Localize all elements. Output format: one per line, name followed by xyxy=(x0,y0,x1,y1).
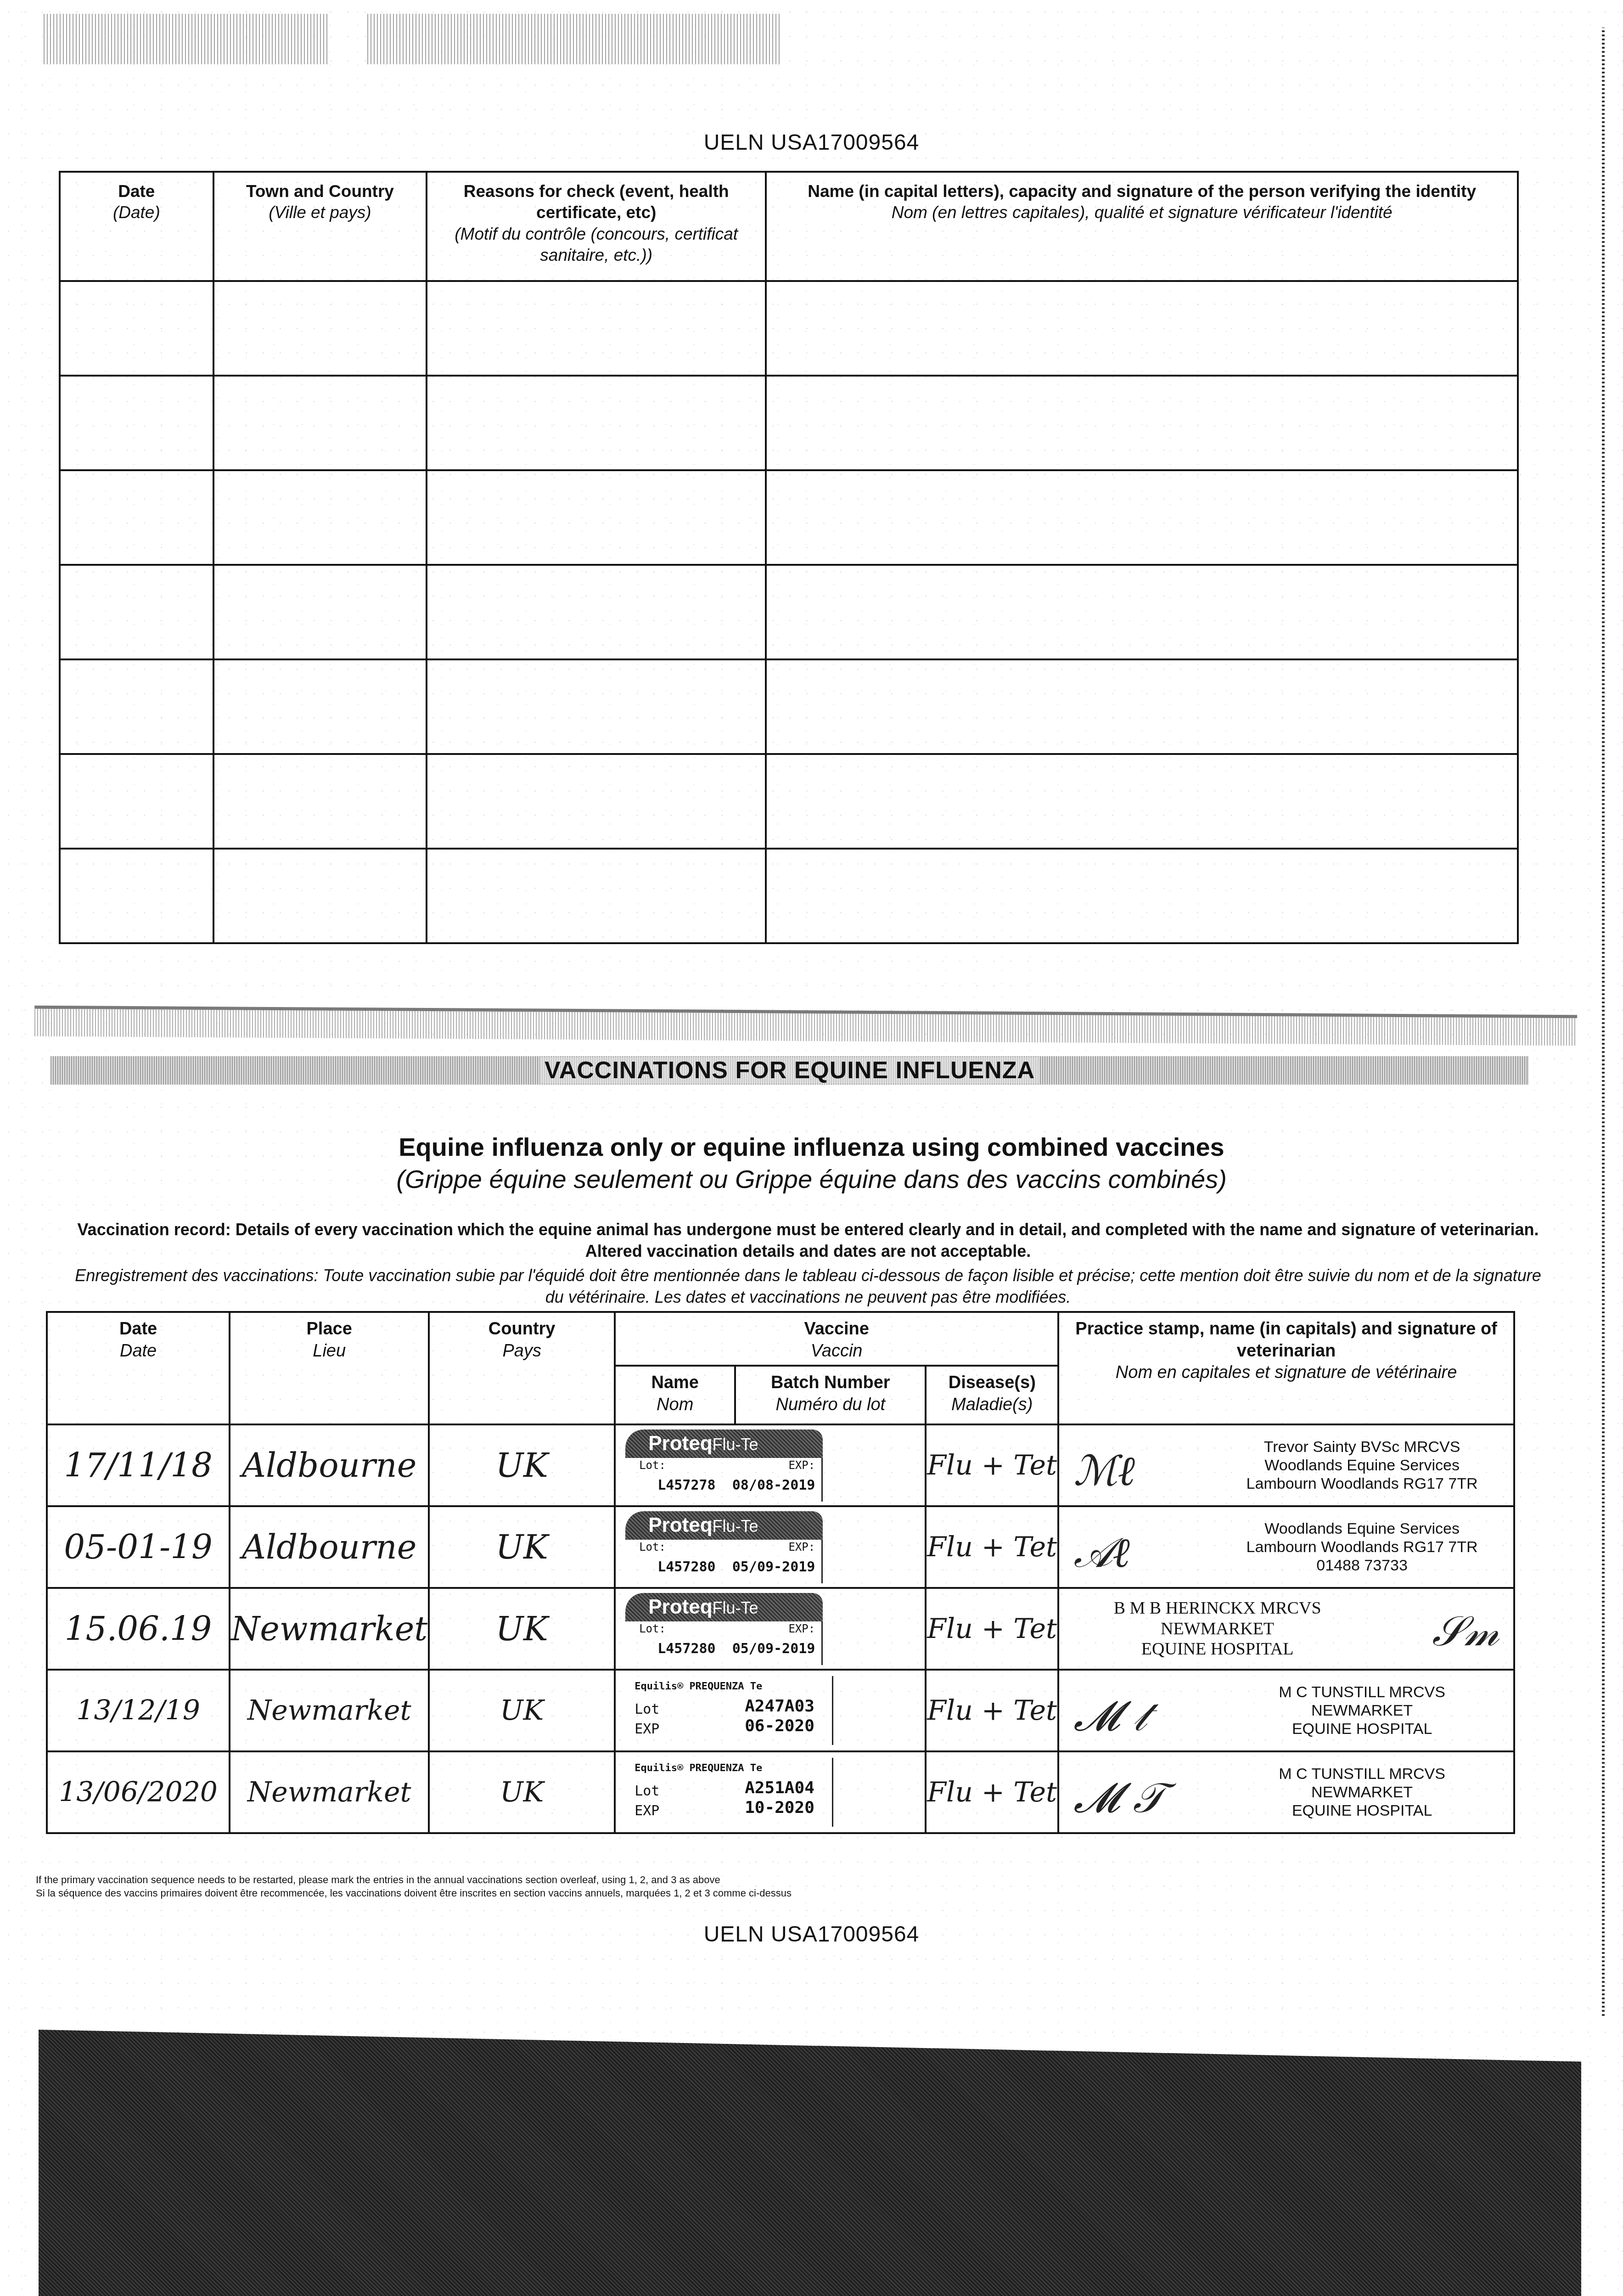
place-value: Aldbourne xyxy=(231,1528,427,1566)
scanner-background xyxy=(39,2030,1581,2296)
vaccination-record-note-en: Vaccination record: Details of every vac… xyxy=(64,1219,1552,1262)
cell xyxy=(427,754,766,849)
cell xyxy=(427,565,766,659)
country-value: UK xyxy=(430,1446,613,1485)
disease-value: Flu + Tet xyxy=(927,1613,1057,1645)
signature-icon: ℳℓ xyxy=(1073,1447,1135,1496)
col-reason: Reasons for check (event, health certifi… xyxy=(427,172,766,281)
date-value: 15.06.19 xyxy=(48,1609,228,1648)
exp-value: 06-2020 xyxy=(745,1716,814,1735)
cell xyxy=(766,376,1518,470)
col-country: CountryPays xyxy=(429,1312,615,1424)
exp-value: 10-2020 xyxy=(745,1798,814,1817)
exp-label: EXP xyxy=(635,1803,659,1819)
section-title: VACCINATIONS FOR EQUINE INFLUENZA xyxy=(540,1057,1039,1084)
disease-value: Flu + Tet xyxy=(927,1694,1057,1727)
vaccine-label-cell: Equilis® PREQUENZA Te Lot EXP A251A04 10… xyxy=(615,1751,926,1833)
vaccine-brand: Equilis® PREQUENZA Te xyxy=(635,1762,762,1774)
signature-icon: 𝓜 𝓉 xyxy=(1073,1692,1147,1741)
col-verifier: Name (in capital letters), capacity and … xyxy=(766,172,1518,281)
disease-cell: Flu + Tet xyxy=(926,1751,1058,1833)
col-practice-stamp: Practice stamp, name (in capitals) and s… xyxy=(1058,1312,1514,1424)
vaccine-sticker: Equilis® PREQUENZA Te Lot EXP A247A03 06… xyxy=(630,1676,833,1745)
place-cell: Newmarket xyxy=(230,1588,429,1670)
scan-artifact xyxy=(44,14,328,64)
stamp-cell: ℳℓ Trevor Sainty BVSc MRCVS Woodlands Eq… xyxy=(1058,1424,1514,1506)
country-value: UK xyxy=(430,1694,613,1727)
subtitle-en: Equine influenza only or equine influenz… xyxy=(0,1132,1623,1162)
vaccine-sticker: Equilis® PREQUENZA Te Lot EXP A251A04 10… xyxy=(630,1758,833,1827)
table-row xyxy=(60,754,1518,849)
subtitle-fr: (Grippe équine seulement ou Grippe équin… xyxy=(0,1164,1623,1194)
identity-check-header-row: Date(Date) Town and Country(Ville et pay… xyxy=(60,172,1518,281)
date-cell: 13/12/19 xyxy=(47,1670,230,1751)
disease-value: Flu + Tet xyxy=(927,1531,1057,1563)
cell xyxy=(60,565,213,659)
identity-check-table: Date(Date) Town and Country(Ville et pay… xyxy=(59,171,1519,944)
vaccine-brand: Equilis® PREQUENZA Te xyxy=(635,1681,762,1692)
vaccine-brand: ProteqFlu-Te xyxy=(625,1511,823,1540)
date-cell: 05-01-19 xyxy=(47,1506,230,1588)
cell xyxy=(427,659,766,754)
vaccine-sticker: ProteqFlu-Te Lot: EXP: L457280 05/09-201… xyxy=(625,1593,823,1665)
col-date: Date(Date) xyxy=(60,172,213,281)
practice-stamp: ℳℓ Trevor Sainty BVSc MRCVS Woodlands Eq… xyxy=(1060,1438,1513,1493)
country-value: UK xyxy=(430,1776,613,1808)
lot-value: A247A03 xyxy=(745,1697,814,1716)
place-cell: Aldbourne xyxy=(230,1424,429,1506)
date-cell: 17/11/18 xyxy=(47,1424,230,1506)
country-cell: UK xyxy=(429,1588,615,1670)
vaccine-label-cell: ProteqFlu-Te Lot: EXP: L457280 05/09-201… xyxy=(615,1588,926,1670)
page-edge xyxy=(1602,28,1605,2016)
vaccination-row: 15.06.19 Newmarket UK ProteqFlu-Te Lot: … xyxy=(47,1588,1514,1670)
footnote-fr: Si la séquence des vaccins primaires doi… xyxy=(36,1887,792,1900)
lot-label: Lot xyxy=(635,1701,659,1717)
place-value: Newmarket xyxy=(231,1694,427,1727)
cell xyxy=(766,659,1518,754)
stamp-cell: 𝓜 𝒯 M C TUNSTILL MRCVS NEWMARKET EQUINE … xyxy=(1058,1751,1514,1833)
vaccine-sticker: ProteqFlu-Te Lot: EXP: L457278 08/08-201… xyxy=(625,1429,823,1502)
cell xyxy=(60,849,213,943)
stamp-cell: 𝒜ℓ Woodlands Equine Services Lambourn Wo… xyxy=(1058,1506,1514,1588)
section-title-band: VACCINATIONS FOR EQUINE INFLUENZA xyxy=(51,1056,1529,1085)
practice-stamp: 𝒜ℓ Woodlands Equine Services Lambourn Wo… xyxy=(1060,1519,1513,1575)
signature-icon: 𝒜ℓ xyxy=(1073,1529,1130,1577)
cell xyxy=(213,659,427,754)
country-cell: UK xyxy=(429,1506,615,1588)
col-vaccine-name: NameNom xyxy=(615,1366,735,1424)
stamp-cell: 𝓜 𝓉 M C TUNSTILL MRCVS NEWMARKET EQUINE … xyxy=(1058,1670,1514,1751)
lot-exp-values: L457280 05/09-2019 xyxy=(657,1641,815,1657)
disease-cell: Flu + Tet xyxy=(926,1506,1058,1588)
lot-label: Lot xyxy=(635,1783,659,1799)
place-cell: Newmarket xyxy=(230,1751,429,1833)
col-batch-number: Batch NumberNuméro du lot xyxy=(735,1366,926,1424)
signature-icon: 𝓜 𝒯 xyxy=(1073,1774,1164,1823)
ueln-top: UELN USA17009564 xyxy=(0,130,1623,155)
exp-label: EXP xyxy=(635,1721,659,1737)
country-cell: UK xyxy=(429,1424,615,1506)
place-value: Newmarket xyxy=(231,1776,427,1808)
vaccination-row: 13/06/2020 Newmarket UK Equilis® PREQUEN… xyxy=(47,1751,1514,1833)
col-disease: Disease(s)Maladie(s) xyxy=(926,1366,1058,1424)
table-row xyxy=(60,659,1518,754)
ueln-bottom: UELN USA17009564 xyxy=(0,1922,1623,1947)
col-date: DateDate xyxy=(47,1312,230,1424)
vaccine-brand: ProteqFlu-Te xyxy=(625,1593,823,1621)
place-cell: Aldbourne xyxy=(230,1506,429,1588)
place-cell: Newmarket xyxy=(230,1670,429,1751)
lot-label: Lot: xyxy=(639,1541,666,1553)
scan-artifact xyxy=(367,14,781,64)
vaccination-table: DateDate PlaceLieu CountryPays VaccineVa… xyxy=(46,1311,1515,1834)
cell xyxy=(427,849,766,943)
vaccine-label-cell: ProteqFlu-Te Lot: EXP: L457278 08/08-201… xyxy=(615,1424,926,1506)
cell xyxy=(213,376,427,470)
vaccine-brand: ProteqFlu-Te xyxy=(625,1429,823,1458)
table-row xyxy=(60,281,1518,376)
date-value: 13/12/19 xyxy=(48,1694,228,1727)
cell xyxy=(427,376,766,470)
signature-icon: 𝒮𝓂 xyxy=(1432,1607,1499,1656)
lot-label: Lot: xyxy=(639,1622,666,1635)
table-row xyxy=(60,376,1518,470)
vaccine-label-cell: Equilis® PREQUENZA Te Lot EXP A247A03 06… xyxy=(615,1670,926,1751)
cell xyxy=(213,565,427,659)
lot-exp-values: L457280 05/09-2019 xyxy=(657,1559,815,1575)
lot-exp-values: L457278 08/08-2019 xyxy=(657,1477,815,1493)
place-value: Newmarket xyxy=(231,1609,427,1648)
cell xyxy=(213,281,427,376)
vaccine-sticker: ProteqFlu-Te Lot: EXP: L457280 05/09-201… xyxy=(625,1511,823,1583)
exp-label: EXP: xyxy=(788,1622,815,1635)
date-value: 17/11/18 xyxy=(48,1446,228,1485)
cell xyxy=(766,754,1518,849)
practice-stamp: 𝒮𝓂 B M B HERINCKX MRCVS NEWMARKET EQUINE… xyxy=(1060,1598,1513,1660)
table-row xyxy=(60,470,1518,565)
vaccination-record-note-fr: Enregistrement des vaccinations: Toute v… xyxy=(64,1265,1552,1308)
restart-footnote: If the primary vaccination sequence need… xyxy=(36,1874,792,1900)
table-row xyxy=(60,565,1518,659)
cell xyxy=(60,754,213,849)
lot-label: Lot: xyxy=(639,1459,666,1472)
lot-value: A251A04 xyxy=(745,1778,814,1797)
vaccination-header-row: DateDate PlaceLieu CountryPays VaccineVa… xyxy=(47,1312,1514,1366)
cell xyxy=(427,470,766,565)
practice-stamp: 𝓜 𝓉 M C TUNSTILL MRCVS NEWMARKET EQUINE … xyxy=(1060,1683,1513,1738)
cell xyxy=(60,281,213,376)
cell xyxy=(427,281,766,376)
date-cell: 15.06.19 xyxy=(47,1588,230,1670)
table-row xyxy=(60,849,1518,943)
cell xyxy=(766,565,1518,659)
cell xyxy=(60,659,213,754)
cell xyxy=(766,849,1518,943)
cell xyxy=(213,754,427,849)
date-value: 05-01-19 xyxy=(48,1528,228,1566)
practice-stamp: 𝓜 𝒯 M C TUNSTILL MRCVS NEWMARKET EQUINE … xyxy=(1060,1765,1513,1820)
cell xyxy=(60,376,213,470)
date-value: 13/06/2020 xyxy=(48,1776,228,1808)
country-cell: UK xyxy=(429,1670,615,1751)
page-fold-line xyxy=(34,1006,1577,1046)
exp-label: EXP: xyxy=(788,1459,815,1472)
vaccine-label-cell: ProteqFlu-Te Lot: EXP: L457280 05/09-201… xyxy=(615,1506,926,1588)
cell xyxy=(766,281,1518,376)
disease-cell: Flu + Tet xyxy=(926,1588,1058,1670)
disease-value: Flu + Tet xyxy=(927,1449,1057,1481)
place-value: Aldbourne xyxy=(231,1446,427,1485)
stamp-cell: 𝒮𝓂 B M B HERINCKX MRCVS NEWMARKET EQUINE… xyxy=(1058,1588,1514,1670)
vaccination-row: 13/12/19 Newmarket UK Equilis® PREQUENZA… xyxy=(47,1670,1514,1751)
country-value: UK xyxy=(430,1528,613,1566)
vaccination-row: 05-01-19 Aldbourne UK ProteqFlu-Te Lot: … xyxy=(47,1506,1514,1588)
disease-value: Flu + Tet xyxy=(927,1776,1057,1808)
disease-cell: Flu + Tet xyxy=(926,1670,1058,1751)
date-cell: 13/06/2020 xyxy=(47,1751,230,1833)
col-place: PlaceLieu xyxy=(230,1312,429,1424)
country-cell: UK xyxy=(429,1751,615,1833)
exp-label: EXP: xyxy=(788,1541,815,1553)
cell xyxy=(766,470,1518,565)
cell xyxy=(60,470,213,565)
vaccination-row: 17/11/18 Aldbourne UK ProteqFlu-Te Lot: … xyxy=(47,1424,1514,1506)
cell xyxy=(213,470,427,565)
col-town-country: Town and Country(Ville et pays) xyxy=(213,172,427,281)
cell xyxy=(213,849,427,943)
footnote-en: If the primary vaccination sequence need… xyxy=(36,1874,792,1887)
col-vaccine: VaccineVaccin xyxy=(615,1312,1058,1366)
disease-cell: Flu + Tet xyxy=(926,1424,1058,1506)
country-value: UK xyxy=(430,1609,613,1648)
